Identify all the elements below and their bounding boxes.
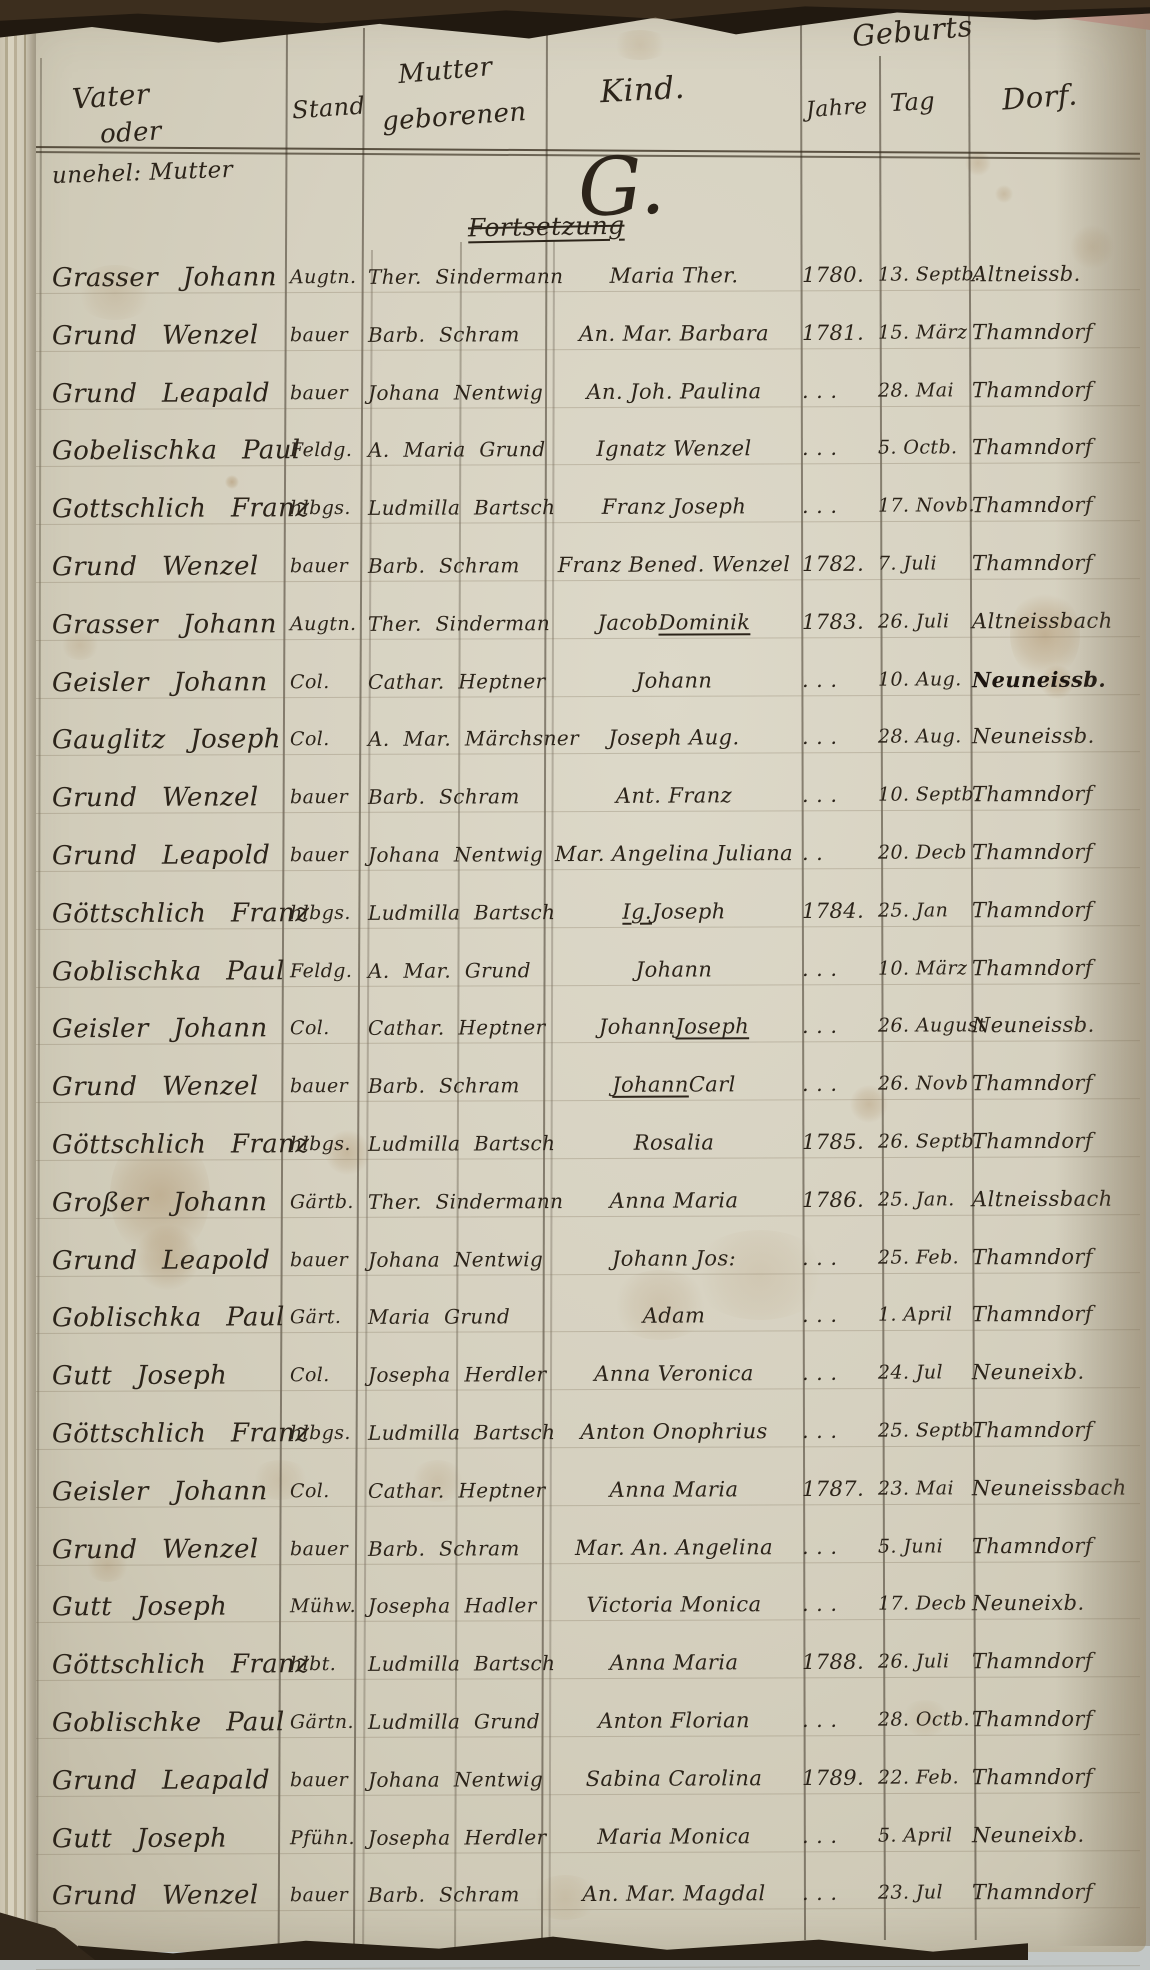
father-status: hlbgs. xyxy=(290,479,362,537)
register-row: Geisler Johann Col. Cathar. Heptner Joha… xyxy=(0,649,1150,712)
village: Thamndorf xyxy=(972,418,1148,477)
child-name: Ig. Joseph xyxy=(550,882,798,941)
father-name: Gutt Joseph xyxy=(52,1578,288,1637)
register-row: Göttschlich Franz hlbgs. Ludmilla Bartsc… xyxy=(0,1111,1150,1174)
birth-year: . . . xyxy=(802,766,878,824)
birth-day: 17. Decb xyxy=(878,1575,972,1633)
village: Thamndorf xyxy=(972,1401,1148,1460)
father-status: Col. xyxy=(290,653,362,711)
birth-day: 26. August xyxy=(878,997,972,1055)
mother-name: A. Mar. Märchsner xyxy=(368,710,548,769)
father-name: Gauglitz Joseph xyxy=(52,711,288,770)
father-status: hlbgs. xyxy=(290,1115,362,1173)
father-name: Großer Johann xyxy=(52,1173,288,1232)
village: Thamndorf xyxy=(972,938,1148,997)
birth-year: . . . xyxy=(802,1402,878,1460)
child-name: An. Mar. Magdal xyxy=(550,1864,798,1923)
father-status: Gärtb. xyxy=(290,1173,362,1231)
village: Thamndorf xyxy=(972,360,1148,419)
father-status: bauer xyxy=(290,1057,362,1115)
village: Thamndorf xyxy=(972,1632,1148,1691)
register-row: Göttschlich Franz hlbgs. Ludmilla Bartsc… xyxy=(0,880,1150,943)
register-content: Vater oder unehel: Mutter Stand Mutter g… xyxy=(0,0,1150,1960)
birth-year: 1783. xyxy=(802,592,878,650)
father-status: bauer xyxy=(290,1866,362,1924)
mother-name: Barb. Schram xyxy=(368,1519,548,1578)
village: Neuneissb. xyxy=(972,996,1148,1055)
child-name: Ignatz Wenzel xyxy=(550,419,798,478)
father-status: Gärtn. xyxy=(290,1693,362,1751)
mother-name: Johana Nentwig xyxy=(368,1750,548,1809)
birth-year: . . . xyxy=(802,708,878,766)
village: Thamndorf xyxy=(972,1054,1148,1113)
father-status: Col. xyxy=(290,1346,362,1404)
village: Thamndorf xyxy=(972,476,1148,535)
father-status: Augtn. xyxy=(290,595,362,653)
birth-day: 10. März xyxy=(878,939,972,997)
father-status: hlbt. xyxy=(290,1635,362,1693)
village: Thamndorf xyxy=(972,1863,1148,1922)
village: Neuneixb. xyxy=(972,1343,1148,1402)
father-name: Goblischka Paul xyxy=(52,942,288,1001)
birth-year: . . . xyxy=(802,477,878,535)
birth-year: 1789. xyxy=(802,1748,878,1806)
village: Thamndorf xyxy=(972,1227,1148,1286)
birth-year: . . . xyxy=(802,1344,878,1402)
book-page-stack-edge xyxy=(0,26,36,1926)
mother-name: Ludmilla Bartsch xyxy=(368,1114,548,1173)
child-name: Johann Carl xyxy=(550,1055,798,1114)
birth-year: . . . xyxy=(802,361,878,419)
village: Thamndorf xyxy=(972,1690,1148,1749)
mother-name: Ther. Sinderman xyxy=(368,594,548,653)
mother-name: Ludmilla Bartsch xyxy=(368,478,548,537)
village: Thamndorf xyxy=(972,1516,1148,1575)
birth-year: 1780. xyxy=(802,246,878,304)
birth-day: 22. Feb. xyxy=(878,1748,972,1806)
village: Thamndorf xyxy=(972,534,1148,593)
father-name: Grund Leapald xyxy=(52,364,288,423)
header-child: Kind. xyxy=(599,70,686,110)
register-row: Gutt Joseph Pfühn. Josepha Herdler Maria… xyxy=(0,1805,1150,1868)
father-status: bauer xyxy=(290,364,362,422)
father-name: Goblischka Paul xyxy=(52,1289,288,1348)
child-name: Anna Maria xyxy=(550,1460,798,1519)
father-name: Gottschlich Franz xyxy=(52,479,288,538)
father-name: Grund Leapold xyxy=(52,826,288,885)
birth-day: 5. Juni xyxy=(878,1517,972,1575)
register-row: Goblischka Paul Gärt. Maria Grund Adam .… xyxy=(0,1285,1150,1348)
birth-day: 5. Octb. xyxy=(878,419,972,477)
child-name: Johann Jos: xyxy=(550,1229,798,1288)
mother-name: Ther. Sindermann xyxy=(368,247,548,306)
mother-name: Johana Nentwig xyxy=(368,1230,548,1289)
birth-day: 26. Juli xyxy=(878,592,972,650)
birth-day: 13. Septb. xyxy=(878,245,972,303)
mother-name: Ludmilla Bartsch xyxy=(368,1634,548,1693)
child-name: Adam xyxy=(550,1286,798,1345)
child-name: Ant. Franz xyxy=(550,766,798,825)
header-birth-day: Tag xyxy=(889,87,935,117)
mother-name: Johana Nentwig xyxy=(368,825,548,884)
birth-day: 25. Jan xyxy=(878,881,972,939)
register-page-photo: Vater oder unehel: Mutter Stand Mutter g… xyxy=(0,0,1150,1960)
birth-day: 10. Aug. xyxy=(878,650,972,708)
father-status: bauer xyxy=(290,1751,362,1809)
father-name: Grund Wenzel xyxy=(52,768,288,827)
village: Neuneissbach xyxy=(972,1458,1148,1517)
father-name: Gutt Joseph xyxy=(52,1346,288,1405)
mother-name: Ludmilla Grund xyxy=(368,1692,548,1751)
birth-year: . . . xyxy=(802,1055,878,1113)
birth-year: . . . xyxy=(802,419,878,477)
mother-name: Barb. Schram xyxy=(368,1866,548,1925)
father-name: Grasser Johann xyxy=(52,595,288,654)
father-status: Pfühn. xyxy=(290,1809,362,1867)
mother-name: Ludmilla Bartsch xyxy=(368,1403,548,1462)
father-name: Gutt Joseph xyxy=(52,1809,288,1868)
birth-year: . . . xyxy=(802,1806,878,1864)
child-name: Anton Florian xyxy=(550,1691,798,1750)
header-mother-line2: geborenen xyxy=(381,97,527,137)
father-name: Grund Wenzel xyxy=(52,1867,288,1926)
register-row: Grund Leapold bauer Johana Nentwig Mar. … xyxy=(0,822,1150,885)
birth-year: . . . xyxy=(802,1575,878,1633)
birth-day: 26. Septb xyxy=(878,1112,972,1170)
father-status: bauer xyxy=(290,1231,362,1289)
birth-day: 25. Jan. xyxy=(878,1170,972,1228)
father-status: Augtn. xyxy=(290,248,362,306)
father-name: Goblischke Paul xyxy=(52,1693,288,1752)
birth-day: 10. Septb. xyxy=(878,765,972,823)
birth-day: 7. Juli xyxy=(878,534,972,592)
village: Neuneissb. xyxy=(972,707,1148,766)
father-name: Geisler Johann xyxy=(52,1000,288,1059)
father-status: bauer xyxy=(290,537,362,595)
birth-day: 15. März xyxy=(878,303,972,361)
birth-day: 28. Octb. xyxy=(878,1690,972,1748)
birth-day: 23. Mai xyxy=(878,1459,972,1517)
birth-year: . . xyxy=(802,824,878,882)
mother-name: Barb. Schram xyxy=(368,536,548,595)
mother-name: Barb. Schram xyxy=(368,767,548,826)
mother-name: A. Mar. Grund xyxy=(368,941,548,1000)
father-status: bauer xyxy=(290,768,362,826)
father-status: hlbgs. xyxy=(290,1404,362,1462)
register-row: Grund Leapald bauer Johana Nentwig An. J… xyxy=(0,360,1150,423)
section-subtitle: Fortsetzung xyxy=(468,211,625,243)
register-row: Grasser Johann Augtn. Ther. Sindermann M… xyxy=(0,244,1150,307)
birth-day: 24. Jul xyxy=(878,1343,972,1401)
father-status: Feldg. xyxy=(290,942,362,1000)
child-name: Jacob Dominik xyxy=(550,593,798,652)
mother-name: Josepha Herdler xyxy=(368,1808,548,1867)
child-name: An. Mar. Barbara xyxy=(550,304,798,363)
child-name: Victoria Monica xyxy=(550,1575,798,1634)
father-name: Geisler Johann xyxy=(52,653,288,712)
child-name: Anna Maria xyxy=(550,1171,798,1230)
child-name: Anna Veronica xyxy=(550,1344,798,1403)
child-name: Franz Bened. Wenzel xyxy=(550,535,798,594)
birth-day: 26. Juli xyxy=(878,1632,972,1690)
village: Neuneissb. xyxy=(972,649,1148,708)
mother-name: Barb. Schram xyxy=(368,305,548,364)
register-row: Gottschlich Franz hlbgs. Ludmilla Bartsc… xyxy=(0,476,1150,539)
register-row: Goblischke Paul Gärtn. Ludmilla Grund An… xyxy=(0,1689,1150,1752)
birth-year: . . . xyxy=(802,1286,878,1344)
child-name: Maria Monica xyxy=(550,1807,798,1866)
father-status: bauer xyxy=(290,306,362,364)
father-name: Gobelischka Paul xyxy=(52,422,288,481)
register-row: Gutt Joseph Mühw. Josepha Hadler Victori… xyxy=(0,1574,1150,1637)
birth-year: . . . xyxy=(802,939,878,997)
father-status: Mühw. xyxy=(290,1577,362,1635)
register-row: Goblischka Paul Feldg. A. Mar. Grund Joh… xyxy=(0,938,1150,1001)
register-row: Grund Wenzel bauer Barb. Schram An. Mar.… xyxy=(0,302,1150,365)
village: Thamndorf xyxy=(972,1747,1148,1806)
child-name: An. Joh. Paulina xyxy=(550,362,798,421)
birth-day: 26. Novb xyxy=(878,1054,972,1112)
child-name: Mar. An. Angelina xyxy=(550,1518,798,1577)
birth-year: 1786. xyxy=(802,1170,878,1228)
village: Altneissbach xyxy=(972,1169,1148,1228)
birth-day: 23. Jul xyxy=(878,1864,972,1922)
birth-day: 25. Feb. xyxy=(878,1228,972,1286)
birth-year: 1788. xyxy=(802,1633,878,1691)
village: Altneissb. xyxy=(972,245,1148,304)
birth-year: 1782. xyxy=(802,535,878,593)
father-status: bauer xyxy=(290,826,362,884)
header-mother-line1: Mutter xyxy=(397,52,494,90)
header-father-line3: unehel: Mutter xyxy=(52,157,234,189)
mother-name: Ludmilla Bartsch xyxy=(368,883,548,942)
father-status: Col. xyxy=(290,999,362,1057)
father-status: Col. xyxy=(290,710,362,768)
birth-year: . . . xyxy=(802,1691,878,1749)
birth-day: 28. Mai xyxy=(878,361,972,419)
father-name: Göttschlich Franz xyxy=(52,884,288,943)
register-row: Gobelischka Paul Feldg. A. Maria Grund I… xyxy=(0,418,1150,481)
birth-day: 20. Decb xyxy=(878,823,972,881)
father-status: Gärt. xyxy=(290,1288,362,1346)
register-row: Grund Wenzel bauer Barb. Schram Mar. An.… xyxy=(0,1516,1150,1579)
register-row: Grund Wenzel bauer Barb. Schram Ant. Fra… xyxy=(0,765,1150,828)
birth-year: 1785. xyxy=(802,1113,878,1171)
birth-day: 5. April xyxy=(878,1806,972,1864)
register-row: Großer Johann Gärtb. Ther. Sindermann An… xyxy=(0,1169,1150,1232)
header-stand: Stand xyxy=(291,91,366,124)
father-status: Feldg. xyxy=(290,421,362,479)
mother-name: Josepha Hadler xyxy=(368,1577,548,1636)
birth-day: 28. Aug. xyxy=(878,708,972,766)
village: Thamndorf xyxy=(972,823,1148,882)
register-row: Grund Wenzel bauer Barb. Schram Franz Be… xyxy=(0,533,1150,596)
village: Thamndorf xyxy=(972,302,1148,361)
father-status: bauer xyxy=(290,1520,362,1578)
mother-name: A. Maria Grund xyxy=(368,421,548,480)
child-name: Franz Joseph xyxy=(550,477,798,536)
header-birth-year: Jahre xyxy=(805,94,868,123)
village: Thamndorf xyxy=(972,880,1148,939)
header-father-line2: oder xyxy=(99,116,162,149)
birth-year: . . . xyxy=(802,650,878,708)
child-name: Anton Onophrius xyxy=(550,1402,798,1461)
mother-name: Johana Nentwig xyxy=(368,363,548,422)
father-name: Göttschlich Franz xyxy=(52,1404,288,1463)
birth-day: 25. Septb xyxy=(878,1401,972,1459)
register-row: Geisler Johann Col. Cathar. Heptner Anna… xyxy=(0,1458,1150,1521)
mother-name: Maria Grund xyxy=(368,1288,548,1347)
register-row: Gauglitz Joseph Col. A. Mar. Märchsner J… xyxy=(0,707,1150,770)
father-name: Grund Wenzel xyxy=(52,1520,288,1579)
village: Thamndorf xyxy=(972,1112,1148,1171)
father-name: Göttschlich Franz xyxy=(52,1115,288,1174)
mother-name: Cathar. Heptner xyxy=(368,999,548,1058)
mother-name: Cathar. Heptner xyxy=(368,652,548,711)
mother-name: Barb. Schram xyxy=(368,1056,548,1115)
birth-year: . . . xyxy=(802,1864,878,1922)
father-name: Grund Wenzel xyxy=(52,1057,288,1116)
register-row: Gutt Joseph Col. Josepha Herdler Anna Ve… xyxy=(0,1343,1150,1406)
village: Altneissbach xyxy=(972,591,1148,650)
child-name: Mar. Angelina Juliana xyxy=(550,824,798,883)
village: Neuneixb. xyxy=(972,1805,1148,1864)
father-status: Col. xyxy=(290,1462,362,1520)
register-row: Grund Wenzel bauer Barb. Schram An. Mar.… xyxy=(0,1863,1150,1926)
header-place: Dorf. xyxy=(1001,77,1079,116)
birth-year: 1787. xyxy=(802,1459,878,1517)
birth-year: 1781. xyxy=(802,303,878,361)
child-name: Maria Ther. xyxy=(550,246,798,305)
register-row: Grund Leapald bauer Johana Nentwig Sabin… xyxy=(0,1747,1150,1810)
child-name: Sabina Carolina xyxy=(550,1749,798,1808)
birth-year: 1784. xyxy=(802,881,878,939)
father-name: Grund Leapald xyxy=(52,1751,288,1810)
village: Thamndorf xyxy=(972,1285,1148,1344)
birth-year: . . . xyxy=(802,1517,878,1575)
child-name: Johann Joseph xyxy=(550,997,798,1056)
register-row: Grund Leapold bauer Johana Nentwig Johan… xyxy=(0,1227,1150,1290)
birth-day: 17. Novb. xyxy=(878,476,972,534)
mother-name: Josepha Herdler xyxy=(368,1345,548,1404)
father-status: hlbgs. xyxy=(290,884,362,942)
father-name: Grund Wenzel xyxy=(52,306,288,365)
child-name: Johann xyxy=(550,651,798,710)
header-father-line1: Vater xyxy=(71,77,151,115)
village: Thamndorf xyxy=(972,765,1148,824)
register-row: Geisler Johann Col. Cathar. Heptner Joha… xyxy=(0,996,1150,1059)
register-row: Göttschlich Franz hlbt. Ludmilla Bartsch… xyxy=(0,1632,1150,1695)
birth-year: . . . xyxy=(802,1228,878,1286)
register-row: Göttschlich Franz hlbgs. Ludmilla Bartsc… xyxy=(0,1400,1150,1463)
father-name: Göttschlich Franz xyxy=(52,1635,288,1694)
father-name: Grund Leapold xyxy=(52,1231,288,1290)
child-name: Rosalia xyxy=(550,1113,798,1172)
register-row: Grasser Johann Augtn. Ther. Sinderman Ja… xyxy=(0,591,1150,654)
birth-day: 1. April xyxy=(878,1286,972,1344)
father-name: Grund Wenzel xyxy=(52,537,288,596)
father-name: Grasser Johann xyxy=(52,248,288,307)
father-name: Geisler Johann xyxy=(52,1462,288,1521)
child-name: Joseph Aug. xyxy=(550,708,798,767)
village: Neuneixb. xyxy=(972,1574,1148,1633)
child-name: Anna Maria xyxy=(550,1633,798,1692)
mother-name: Cathar. Heptner xyxy=(368,1461,548,1520)
register-row: Grund Wenzel bauer Barb. Schram Johann C… xyxy=(0,1054,1150,1117)
mother-name: Ther. Sindermann xyxy=(368,1172,548,1231)
child-name: Johann xyxy=(550,940,798,999)
birth-year: . . . xyxy=(802,997,878,1055)
